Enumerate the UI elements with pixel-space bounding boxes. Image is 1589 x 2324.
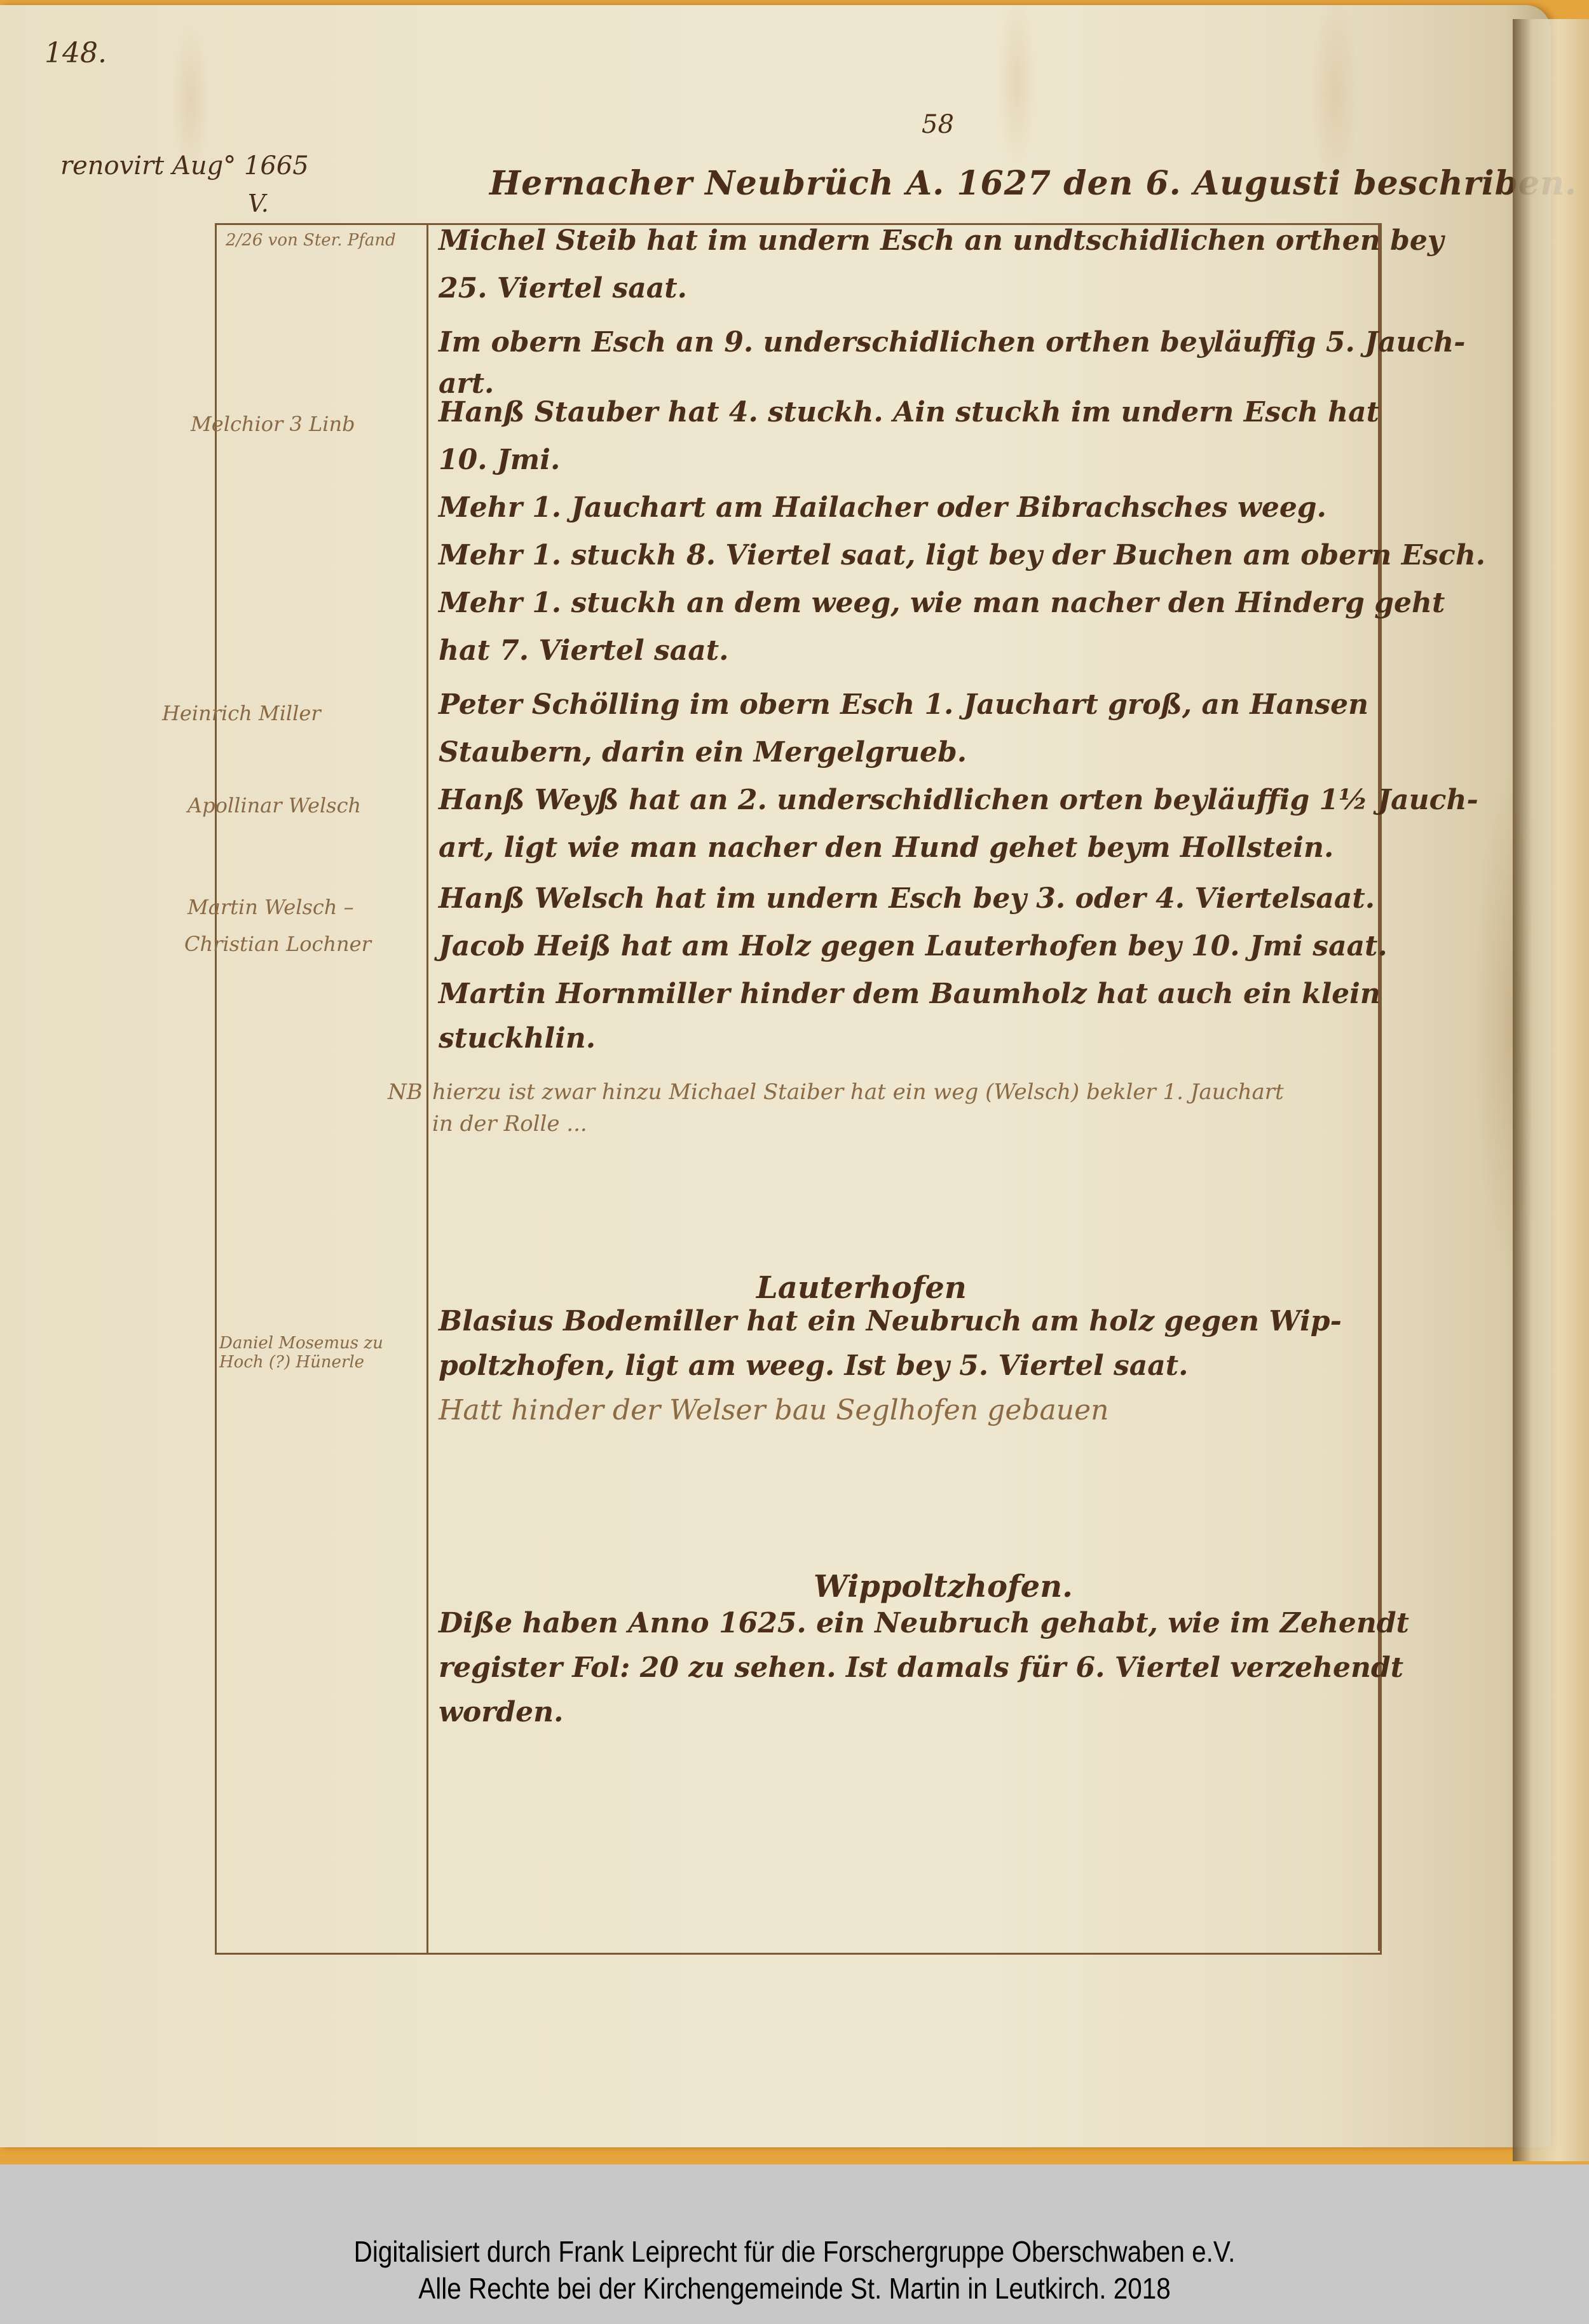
manuscript-page: 148. 58 renovirt Aug° 1665 V. Hernacher …	[0, 5, 1551, 2147]
entry-line: Diße haben Anno 1625. ein Neubruch gehab…	[439, 1607, 1409, 1639]
page-number: 58	[922, 110, 954, 139]
entry-line: Blasius Bodemiller hat ein Neubruch am h…	[439, 1305, 1342, 1337]
entry-line: Hanß Weyß hat an 2. underschidlichen ort…	[439, 784, 1478, 816]
entry-line: Martin Hornmiller hinder dem Baumholz ha…	[439, 978, 1381, 1010]
entry-line: Im obern Esch an 9. underschidlichen ort…	[439, 326, 1466, 359]
entry-line: stuckhlin.	[439, 1022, 596, 1055]
entry-line: Hanß Welsch hat im undern Esch bey 3. od…	[439, 882, 1375, 915]
caption-line-1: Digitalisiert durch Frank Leiprecht für …	[95, 2233, 1494, 2270]
caption-line-2: Alle Rechte bei der Kirchengemeinde St. …	[95, 2270, 1494, 2307]
entry-line: Staubern, darin ein Mergelgrueb.	[439, 736, 967, 769]
entry-line: Peter Schölling im obern Esch 1. Jauchar…	[439, 688, 1368, 721]
entry-line: Hatt hinder der Welser bau Seglhofen geb…	[439, 1394, 1108, 1426]
entry-line: register Fol: 20 zu sehen. Ist damals fü…	[439, 1651, 1403, 1684]
entry-line: worden.	[439, 1696, 563, 1728]
margin-note: Heinrich Miller	[162, 701, 321, 725]
margin-note: Christian Lochner	[184, 932, 371, 956]
folio-number: 148.	[44, 37, 107, 69]
margin-heading: renovirt Aug° 1665	[60, 151, 309, 181]
margin-note: Daniel Mosemus zu Hoch (?) Hünerle	[219, 1334, 423, 1372]
caption-band: Digitalisiert durch Frank Leiprecht für …	[0, 2164, 1589, 2324]
entry-line: art.	[439, 367, 494, 400]
entry-line: Michel Steib hat im undern Esch an undts…	[439, 224, 1443, 257]
section-heading: Lauterhofen	[756, 1270, 967, 1306]
entry-line: Mehr 1. stuckh an dem weeg, wie man nach…	[439, 587, 1445, 619]
margin-note: Melchior 3 Linb	[191, 412, 355, 436]
entry-line: Mehr 1. Jauchart am Hailacher oder Bibra…	[439, 491, 1326, 524]
entry-line: hat 7. Viertel saat.	[439, 634, 728, 667]
margin-note: Apollinar Welsch	[188, 793, 361, 817]
section-heading: Wippoltzhofen.	[814, 1569, 1073, 1604]
margin-note: 2/26 von Ster. Pfand	[226, 231, 396, 250]
margin-note: Martin Welsch –	[188, 895, 354, 919]
nb-note-line: hierzu ist zwar hinzu Michael Staiber ha…	[432, 1079, 1284, 1105]
entry-line: Jacob Heiß hat am Holz gegen Lauterhofen…	[439, 930, 1388, 962]
entry-line: Mehr 1. stuckh 8. Viertel saat, ligt bey…	[439, 539, 1485, 571]
entry-line: 10. Jmi.	[439, 444, 560, 476]
entry-line: art, ligt wie man nacher den Hund gehet …	[439, 831, 1333, 864]
nb-note-line: in der Rolle ...	[432, 1111, 587, 1137]
entry-line: poltzhofen, ligt am weeg. Ist bey 5. Vie…	[439, 1350, 1188, 1382]
margin-column-rule	[426, 225, 428, 1953]
scan-image: 148. 58 renovirt Aug° 1665 V. Hernacher …	[0, 0, 1589, 2164]
page-edge	[1513, 19, 1589, 2161]
nb-marker: NB	[388, 1079, 423, 1105]
entry-line: Hanß Stauber hat 4. stuckh. Ain stuckh i…	[439, 396, 1379, 428]
page-title: Hernacher Neubrüch A. 1627 den 6. August…	[489, 164, 1577, 203]
entry-line: 25. Viertel saat.	[439, 272, 687, 304]
margin-heading-mark: V.	[248, 189, 269, 217]
right-column-rule	[1378, 223, 1380, 1951]
